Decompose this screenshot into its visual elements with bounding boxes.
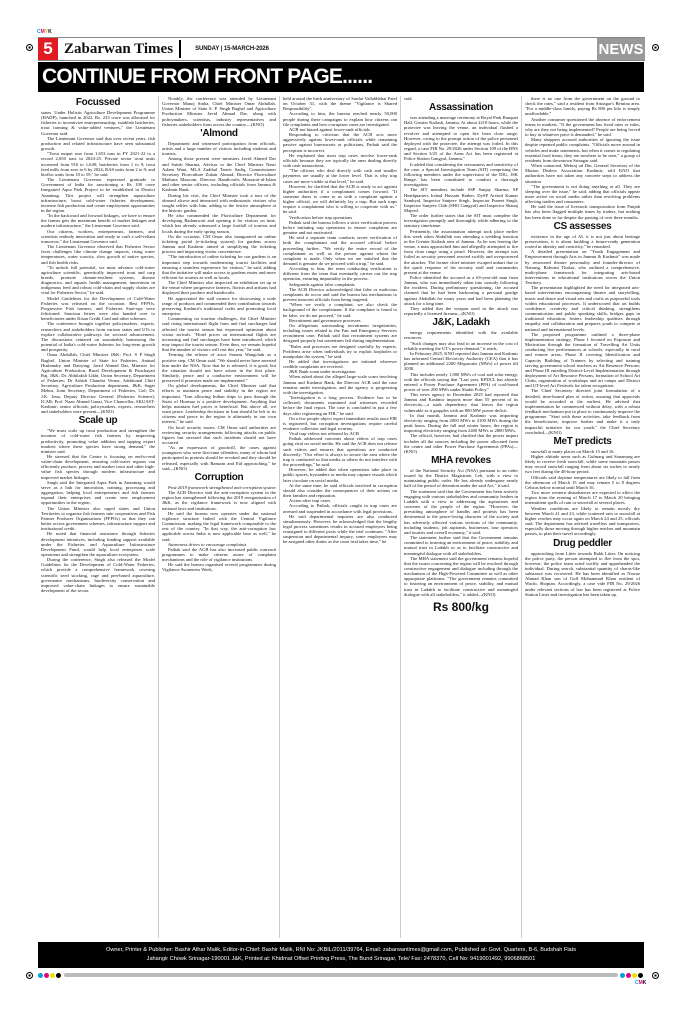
paragraph: He said the issue of livestock transport… (525, 204, 640, 219)
column-3: held around the birth anniversary of Sar… (280, 96, 401, 938)
paragraph: Pathak said the ACB has also increased p… (162, 547, 276, 562)
paragraph: A detailed presentation on "Youth Engage… (525, 249, 640, 285)
paragraph: At the same time, he said officials invo… (283, 483, 397, 498)
paragraph: "Such changes may also lead to an increa… (404, 341, 518, 351)
imprint-line-1: Owner, Printer & Publisher: Bashir Athar… (38, 946, 644, 955)
paragraph: Terming the release of actor Sonam Wangc… (162, 352, 276, 383)
article-focussed: Focussed states. Under Holistic Agricult… (41, 97, 155, 414)
article-columns: Focussed states. Under Holistic Agricult… (38, 96, 644, 938)
cyan-dot-icon (620, 973, 625, 978)
paragraph: According to Pathak, officials caught in… (283, 503, 397, 513)
paragraph: He stressed that the Centre is focusing … (41, 454, 155, 480)
registration-mark-icon (26, 44, 33, 51)
paragraph: Model Guidelines for the Development of … (41, 296, 155, 322)
paragraph: "When we verify a complaint, we also che… (283, 302, 397, 317)
paragraph: held around the birth anniversary of Sar… (283, 96, 397, 111)
paragraph: Pertinently, the assassination attempt t… (404, 229, 518, 275)
paragraph: The Lieutenant Governor expressed gratit… (41, 177, 155, 213)
paragraph: The Chief Minister also inspected an exh… (162, 280, 276, 295)
headline: MeT predicts (525, 436, 640, 447)
paragraph: The conference brought together policyma… (41, 321, 155, 352)
paragraph: The order further states that the SIT mu… (404, 213, 518, 228)
gray-bar (64, 973, 618, 977)
newspaper-name: Zabarwan Times (64, 40, 181, 58)
paragraph: Weather conditions are likely to remain … (525, 506, 640, 537)
paragraph: He explained that most trap cases involv… (283, 153, 397, 168)
column-2: Notably, the conference was attended by … (159, 96, 280, 938)
paragraph: Pathak said the bureau follows a strict … (283, 220, 397, 235)
paragraph: existence in the age of AI, it is not ju… (525, 234, 640, 249)
paragraph: When contacted, Mehraj ud Din, General S… (525, 163, 640, 184)
page-title-banner: CONTINUE FROM FRONT PAGE...... (38, 62, 644, 92)
paragraph: "Trout output rose from 1,653 tons in FY… (41, 151, 155, 177)
section-tag: NEWS (597, 38, 645, 60)
paragraph: On local security issues, CM Omar said a… (162, 425, 276, 446)
article-corruption: Corruption Post-2019 framework strengthe… (162, 472, 276, 573)
paragraph: He also commended the Floriculture Depar… (162, 213, 276, 234)
headline: Focussed (41, 97, 155, 108)
paragraph: Pathak addressed concerns about videos o… (283, 436, 397, 467)
paragraph: On a few people object expect immediate … (283, 416, 397, 431)
headline: Scale up (41, 415, 155, 426)
dateline: SUNDAY | 15-MARCH-2026 (195, 46, 269, 52)
article-rs800: there is no one from the government on t… (525, 96, 640, 220)
headline: MHA revokes (404, 455, 518, 466)
article-mha-revokes: MHA revokes of the National Security Act… (404, 455, 518, 597)
paragraph: states. Under Holistic Agriculture Devel… (41, 110, 155, 136)
paragraph: During the conference, Singh also releas… (41, 557, 155, 593)
paragraph: He said a separate team conducts secret … (283, 235, 397, 266)
article-jk-ladakh: J&K, Ladakh energy requirements identifi… (404, 317, 518, 454)
column-4: said. Assassination was attending a marr… (401, 96, 522, 938)
paragraph: Our citizens, workers, entrepreneurs, fa… (41, 229, 155, 244)
paragraph: During his visit, the Chief Minister too… (162, 193, 276, 214)
paragraph: According to him, the bureau reached nea… (283, 111, 397, 126)
paragraph: In February 2025, KNO reported that Jamm… (404, 351, 518, 372)
paragraph: The Chief Secretary directed joint formu… (525, 388, 640, 434)
article-drug-peddler: Drug peddler approaching from Litter tow… (525, 538, 640, 597)
paragraph: The Lieutenant Governor said that over r… (41, 136, 155, 151)
article-focussed-end: Notably, the conference was attended by … (162, 96, 276, 127)
paragraph: The statement further said that the Gove… (404, 535, 518, 556)
paragraph: Department and witnessed participation f… (162, 141, 276, 156)
paragraph: energy requirements identified with the … (404, 330, 518, 340)
paragraph: The official, however, had clarified tha… (404, 433, 518, 454)
paragraph: Among those present were ministers Javid… (162, 156, 276, 192)
paragraph: Officials said daytime temperatures are … (525, 475, 640, 490)
paragraph: Responding to criticism that the ACB act… (283, 132, 397, 153)
paragraph: was attending a marriage ceremony at Roy… (404, 115, 518, 161)
headline: J&K, Ladakh (404, 317, 518, 328)
yellow-dot-icon (50, 973, 55, 978)
article-almond: 'Almond Department and witnessed partici… (162, 128, 276, 471)
registration-mark-icon (652, 972, 659, 979)
paragraph: The SIT members include SSP Sanjay Sharm… (404, 187, 518, 213)
paragraph: "The officers who deal directly with cas… (283, 168, 397, 183)
headline: Drug peddler (525, 538, 640, 549)
paragraph: Notably, the conference was attended by … (162, 96, 276, 127)
paragraph: On the occasion, CM Omar also inaugurate… (162, 234, 276, 255)
paragraph: Many shoppers accused authorities of ign… (525, 137, 640, 163)
paragraph: This includes nearly 1,000 MWs of coal a… (404, 372, 518, 393)
paragraph: Commenting on tourism challenges, the Ch… (162, 316, 276, 352)
paragraph: The presentation highlighted the need fo… (525, 285, 640, 331)
imprint-line-2: Jahangir Chowk Srinagar-190001 J&K, Prin… (38, 955, 644, 964)
paragraph: "The government is not doing anything at… (525, 184, 640, 205)
paragraph: "Rules and processes are designed carefu… (283, 344, 397, 359)
page-number: 5 (38, 38, 58, 60)
article-scale-up: Scale up "We must scale up trout product… (41, 415, 155, 593)
magenta-dot-icon (44, 973, 49, 978)
registration-mark-icon (652, 44, 659, 51)
paragraph: On global developments, the Chief Minist… (162, 383, 276, 424)
cyan-dot-icon (38, 973, 43, 978)
paragraph: According to him, the team conducting ve… (283, 266, 397, 281)
paragraph: Omar Abdullah, Chief Minister J&K; Prof.… (41, 352, 155, 414)
headline: 'Almond (162, 128, 276, 139)
paragraph: The Lieutenant Governor observed that Fi… (41, 244, 155, 265)
paragraph: He appreciated the stall owners for show… (162, 296, 276, 317)
masthead: 5 Zabarwan Times SUNDAY | 15-MARCH-2026 … (38, 37, 645, 61)
paragraph: He added that investigations are initiat… (283, 359, 397, 369)
paragraph: On allegations surrounding recruitment i… (283, 323, 397, 344)
paragraph: He said the bureau now operates under th… (162, 511, 276, 542)
headline: Assassination (404, 102, 518, 113)
paragraph: Singh said the Integrated Aqua Park in A… (41, 480, 155, 506)
paragraph: approaching from Litter towards Rakh Lit… (525, 551, 640, 597)
color-registration-bar (38, 972, 644, 978)
magenta-dot-icon (626, 973, 631, 978)
article-corruption-continued: held around the birth anniversary of Sar… (283, 96, 397, 545)
yellow-dot-icon (632, 973, 637, 978)
paragraph: It added that considering the seriousnes… (404, 162, 518, 188)
paragraph: The Union Minister also urged states and… (41, 506, 155, 532)
headline-rs800: Rs 800/kg (404, 600, 518, 614)
paragraph: The MHA statement said the government re… (404, 556, 518, 597)
paragraph: He said the bureau organised several pro… (162, 562, 276, 572)
paragraph: This news agency in December 2025 had re… (404, 392, 518, 413)
headline: CS assesses (525, 221, 640, 232)
paragraph: The proposed programme outlined a three-… (525, 332, 640, 389)
imprint-footer: Owner, Printer & Publisher: Bashir Athar… (38, 942, 644, 968)
paragraph: Police identified the accused as a 63-ye… (404, 275, 518, 306)
paragraph: "We must scale up trout production and s… (41, 428, 155, 454)
paragraph: said. (404, 96, 518, 101)
paragraph: Higher altitude areas such as Gulmarg an… (525, 454, 640, 475)
paragraph: "As an expression of goodwill, the cases… (162, 445, 276, 471)
article-assassination: Assassination was attending a marriage c… (404, 102, 518, 316)
paragraph: "The introduction of online ticketing fo… (162, 254, 276, 280)
paragraph: "To unlock full potential, we must advan… (41, 265, 155, 296)
paragraph: of the National Security Act (NSA) pursu… (404, 468, 518, 489)
paragraph: "In the backward and forward linkages, w… (41, 213, 155, 228)
paragraph: However, he clarified that the ACB is re… (283, 184, 397, 215)
paragraph: "Investigation is a long process. Eviden… (283, 395, 397, 416)
paragraph: He said departmental inquiries are also … (283, 514, 397, 545)
paragraph: The ACB Director said the anti-corruptio… (162, 490, 276, 511)
cmyk-marker-top: CMYK (37, 29, 52, 35)
article-met-predicts: MeT predicts snowfall at many places on … (525, 436, 640, 537)
paragraph: Two more western disturbances are expect… (525, 490, 640, 505)
paragraph: However, he added that when operations t… (283, 467, 397, 482)
headline: Corruption (162, 472, 276, 483)
column-5: there is no one from the government on t… (522, 96, 643, 938)
registration-mark-icon (26, 972, 33, 979)
black-dot-icon (638, 973, 643, 978)
paragraph: He noted that financial assistance throu… (41, 531, 155, 557)
cmyk-marker-bottom: CMK (635, 980, 646, 986)
paragraph: The ACB Director acknowledged that false… (283, 287, 397, 302)
paragraph: there is no one from the government on t… (525, 96, 640, 117)
article-cs-assesses: CS assesses existence in the age of AI, … (525, 221, 640, 435)
black-dot-icon (56, 973, 61, 978)
paragraph: When asked about the alleged large-scale… (283, 374, 397, 395)
paragraph: Another consumer questioned the absence … (525, 117, 640, 138)
paragraph: In that month, Jammu and Kashmir was imp… (404, 413, 518, 434)
paragraph: The statement said that the Government h… (404, 489, 518, 535)
paragraph: They added that the weapon used in the a… (404, 306, 518, 316)
column-1: Focussed states. Under Holistic Agricult… (38, 96, 159, 938)
